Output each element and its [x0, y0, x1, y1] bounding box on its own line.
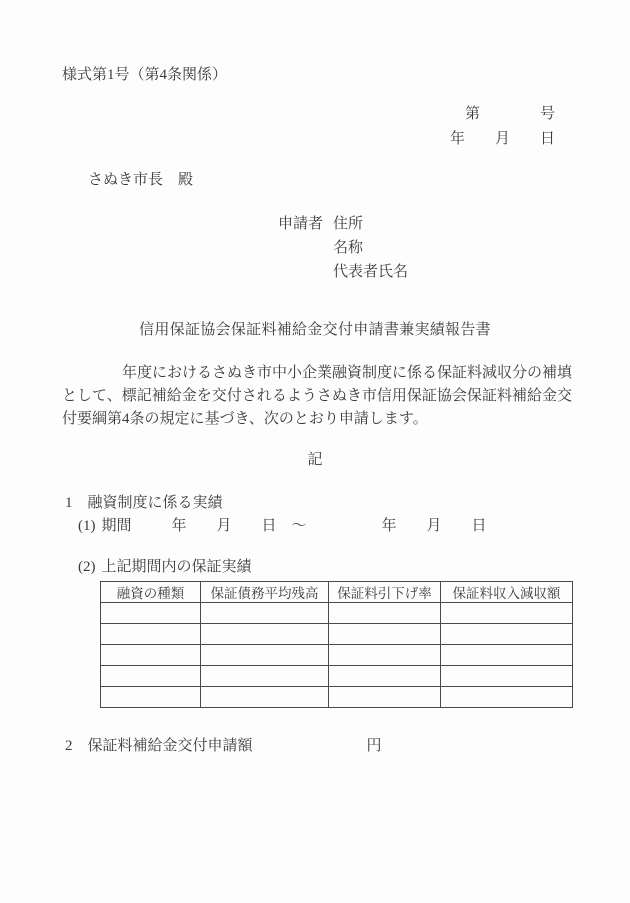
document-page: 様式第1号（第4条関係） 第 号 年 月 日 さぬき市長 殿 申請者 住所 名称… — [0, 0, 630, 903]
form-number-note: 様式第1号（第4条関係） — [62, 63, 227, 84]
section1-item2-results: (2)上記期間内の保証実績 — [78, 555, 252, 576]
section1-number: 1 — [65, 495, 73, 511]
table-cell — [441, 603, 573, 624]
body-paragraph: 年度におけるさぬき市中小企業融資制度に係る保証料減収分の補填として、標記補給金を… — [62, 362, 572, 431]
yen-unit-label: 円 — [367, 738, 382, 754]
table-row — [101, 666, 573, 687]
addressee: さぬき市長 殿 — [88, 168, 193, 189]
applicant-block: 申請者 住所 名称 代表者氏名 — [278, 212, 408, 284]
col-header-rate-reduction: 保証料引下げ率 — [329, 582, 441, 603]
doc-number-block: 第 号 年 月 日 — [450, 102, 555, 152]
table-cell — [101, 624, 201, 645]
table-cell — [441, 687, 573, 708]
table-cell — [201, 666, 329, 687]
section2-heading-text: 保証料補給金交付申請額 — [88, 738, 253, 754]
table-cell — [201, 645, 329, 666]
section1-item1-period: (1)期間年 月 日 ～ 年 月 日 — [78, 514, 487, 535]
table-cell — [329, 666, 441, 687]
document-title: 信用保証協会保証料補給金交付申請書兼実績報告書 — [0, 318, 630, 339]
table-cell — [329, 624, 441, 645]
guarantee-results-table-wrap: 融資の種類 保証債務平均残高 保証料引下げ率 保証料収入減収額 — [100, 581, 573, 708]
item1-number: (1) — [78, 518, 96, 534]
table-cell — [441, 645, 573, 666]
doc-date-line: 年 月 日 — [450, 127, 555, 152]
table-cell — [201, 687, 329, 708]
section1-heading: 1融資制度に係る実績 — [65, 491, 223, 512]
table-cell — [329, 687, 441, 708]
table-cell — [441, 666, 573, 687]
record-marker: 記 — [0, 448, 630, 469]
table-row — [101, 645, 573, 666]
col-header-avg-balance: 保証債務平均残高 — [201, 582, 329, 603]
table-cell — [329, 645, 441, 666]
section1-heading-text: 融資制度に係る実績 — [88, 495, 223, 511]
section2-number: 2 — [65, 738, 73, 754]
table-row — [101, 603, 573, 624]
item2-number: (2) — [78, 559, 96, 575]
item2-label: 上記期間内の保証実績 — [102, 559, 252, 575]
table-cell — [329, 603, 441, 624]
item1-label: 期間 — [102, 518, 132, 534]
applicant-address-label: 住所 — [333, 212, 408, 236]
col-header-revenue-decrease: 保証料収入減収額 — [441, 582, 573, 603]
table-cell — [101, 687, 201, 708]
table-cell — [101, 603, 201, 624]
col-header-loan-type: 融資の種類 — [101, 582, 201, 603]
applicant-name-label: 名称 — [333, 236, 408, 260]
table-cell — [101, 666, 201, 687]
section2-application-amount: 2保証料補給金交付申請額円 — [65, 734, 382, 755]
table-cell — [441, 624, 573, 645]
item1-period-blanks: 年 月 日 ～ 年 月 日 — [172, 518, 487, 534]
table-header-row: 融資の種類 保証債務平均残高 保証料引下げ率 保証料収入減収額 — [101, 582, 573, 603]
applicant-label: 申請者 — [278, 212, 323, 284]
applicant-fields: 住所 名称 代表者氏名 — [333, 212, 408, 284]
table-row — [101, 624, 573, 645]
guarantee-results-table: 融資の種類 保証債務平均残高 保証料引下げ率 保証料収入減収額 — [100, 581, 573, 708]
table-cell — [101, 645, 201, 666]
table-cell — [201, 624, 329, 645]
applicant-representative-label: 代表者氏名 — [333, 260, 408, 284]
table-row — [101, 687, 573, 708]
table-cell — [201, 603, 329, 624]
doc-number-line: 第 号 — [450, 102, 555, 127]
